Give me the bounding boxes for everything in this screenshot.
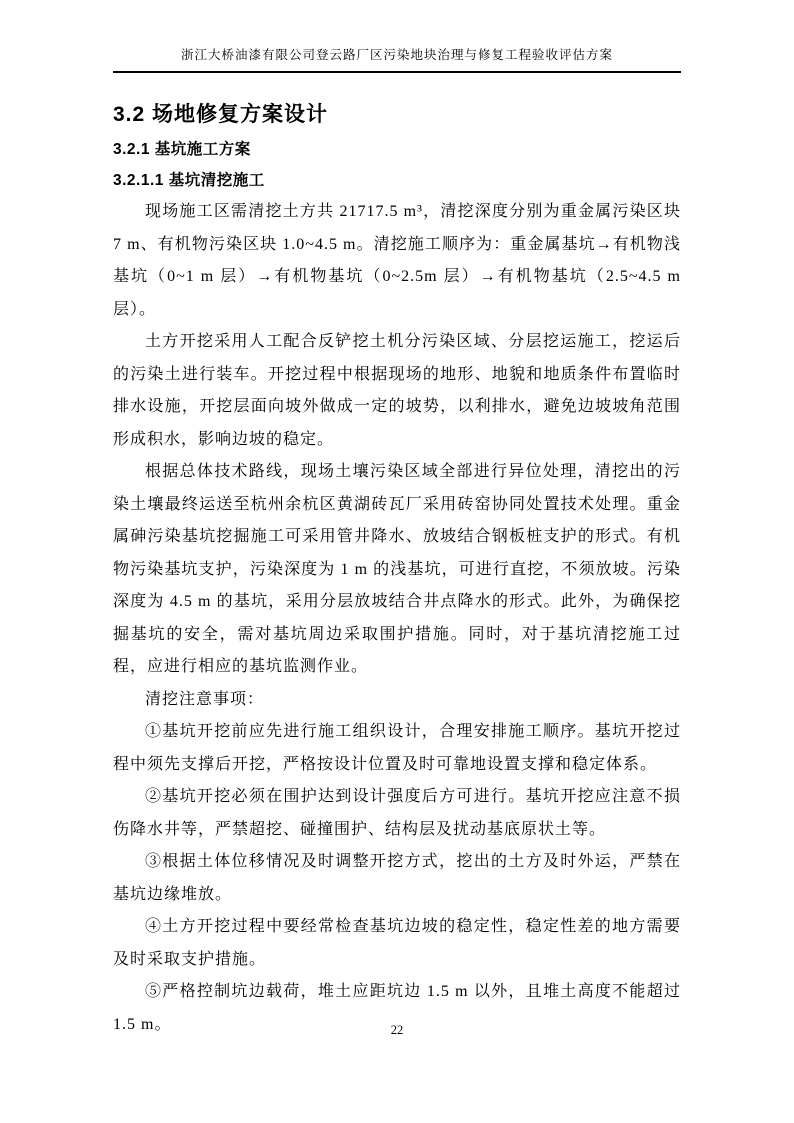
page-footer: 22	[0, 1023, 794, 1038]
paragraph-note-2: ②基坑开挖必须在围护达到设计强度后方可进行。基坑开挖应注意不损伤降水井等，严禁超…	[113, 781, 681, 846]
page-number: 22	[391, 1023, 404, 1037]
page-content: 3.2 场地修复方案设计 3.2.1 基坑施工方案 3.2.1.1 基坑清挖施工…	[113, 73, 681, 1041]
section-heading-level1: 3.2 场地修复方案设计	[113, 102, 681, 127]
paragraph-excavation-method: 土方开挖采用人工配合反铲挖土机分污染区域、分层挖运施工，挖运后的污染土进行装车。…	[113, 326, 681, 456]
section-heading-level2: 3.2.1 基坑施工方案	[113, 140, 681, 160]
page-header: 浙江大桥油漆有限公司登云路厂区污染地块治理与修复工程验收评估方案	[113, 48, 681, 73]
paragraph-note-1: ①基坑开挖前应先进行施工组织设计，合理安排施工顺序。基坑开挖过程中须先支撑后开挖…	[113, 716, 681, 781]
paragraph-notes-title: 清挖注意事项：	[113, 684, 681, 717]
paragraph-technical-route: 根据总体技术路线，现场土壤污染区域全部进行异位处理，清挖出的污染土壤最终运送至杭…	[113, 456, 681, 684]
document-page: 浙江大桥油漆有限公司登云路厂区污染地块治理与修复工程验收评估方案 3.2 场地修…	[0, 0, 794, 1123]
paragraph-excavation-volume: 现场施工区需清挖土方共 21717.5 m³，清挖深度分别为重金属污染区块 7 …	[113, 196, 681, 326]
section-heading-level3: 3.2.1.1 基坑清挖施工	[113, 171, 681, 191]
body-text: 现场施工区需清挖土方共 21717.5 m³，清挖深度分别为重金属污染区块 7 …	[113, 196, 681, 1041]
paragraph-note-4: ④土方开挖过程中要经常检查基坑边坡的稳定性，稳定性差的地方需要及时采取支护措施。	[113, 911, 681, 976]
paragraph-note-3: ③根据土体位移情况及时调整开挖方式，挖出的土方及时外运，严禁在基坑边缘堆放。	[113, 846, 681, 911]
header-title: 浙江大桥油漆有限公司登云路厂区污染地块治理与修复工程验收评估方案	[181, 48, 613, 62]
